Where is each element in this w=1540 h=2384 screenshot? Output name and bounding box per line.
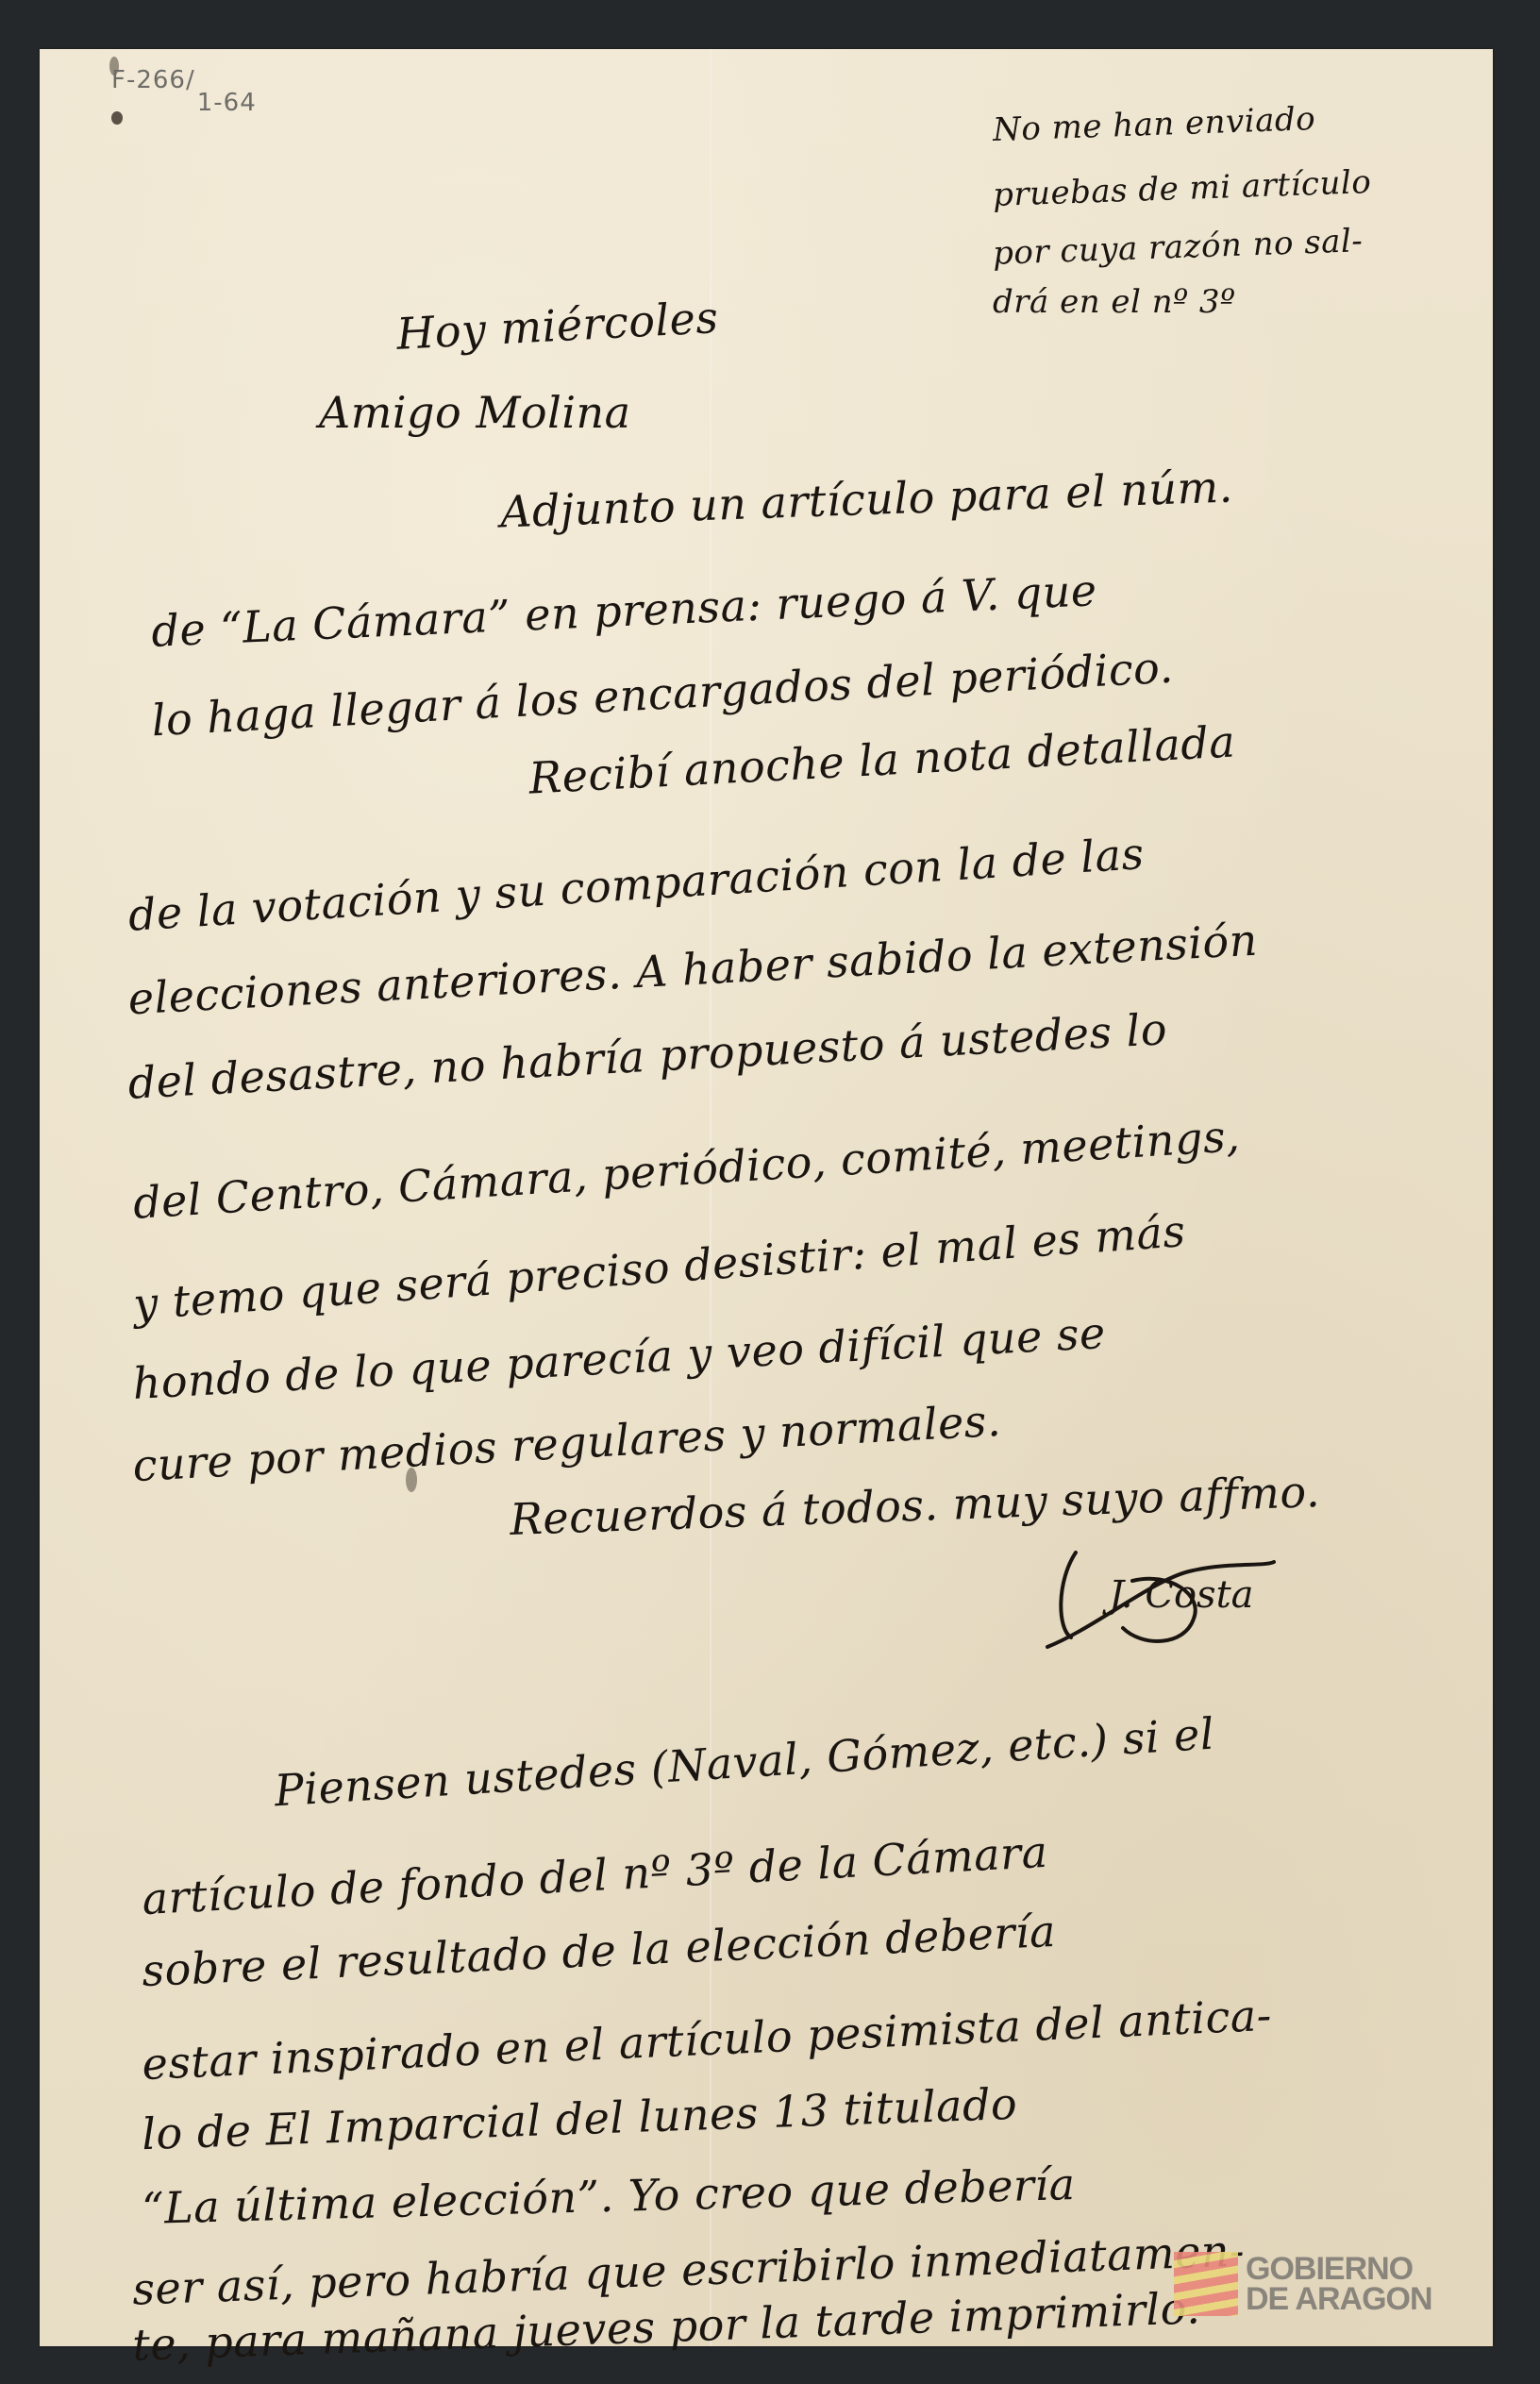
aragon-flag-icon bbox=[1174, 2252, 1238, 2316]
gobierno-de-aragon-logo: GOBIERNO DE ARAGON bbox=[1174, 2252, 1432, 2316]
signature: J. Costa bbox=[1038, 1543, 1293, 1656]
marginal-note-line: drá en el nº 3º bbox=[993, 283, 1236, 321]
signature-flourish-icon: J. Costa bbox=[1038, 1543, 1293, 1656]
ink-blot bbox=[111, 111, 123, 125]
logo-line-2: DE ARAGON bbox=[1246, 2284, 1432, 2314]
archive-reference: F-266/1-64 bbox=[111, 66, 257, 94]
reference-part-2: 1-64 bbox=[197, 89, 257, 117]
salutation: Amigo Molina bbox=[319, 387, 631, 438]
reference-part-1: F-266/ bbox=[111, 66, 195, 94]
paper-fold-line bbox=[710, 49, 711, 2346]
svg-text:J. Costa: J. Costa bbox=[1102, 1573, 1254, 1617]
logo-text: GOBIERNO DE ARAGON bbox=[1246, 2254, 1432, 2314]
logo-line-1: GOBIERNO bbox=[1246, 2254, 1432, 2284]
